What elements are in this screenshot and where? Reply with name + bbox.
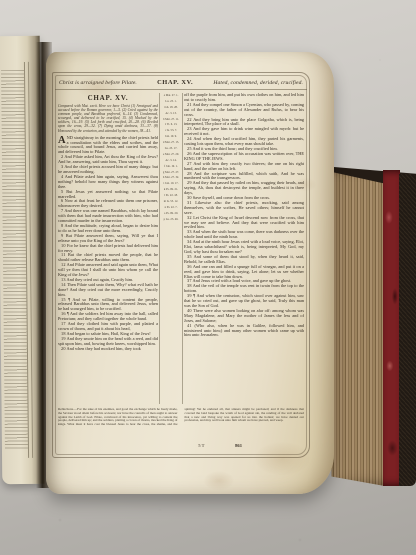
cross-reference: Ac. 3. 14. [161, 159, 181, 162]
cross-reference: i Joh. 19. 17. [161, 182, 181, 185]
cross-reference: b Mat. 27. 11. [161, 118, 181, 121]
verse: 31 Likewise also the chief priests, mock… [184, 201, 304, 216]
verse-text: And when the sixth hour was come, there … [184, 229, 304, 239]
verse-text: And some of them that stood by, when the… [184, 254, 304, 264]
verse: 32 Let Christ the King of Israel descend… [184, 216, 304, 231]
cross-reference: o Ps. 69. 20. [161, 212, 181, 215]
running-head: Christ is arraigned before Pilate. CHAP.… [59, 77, 303, 88]
verse-text: ¶ And when the centurion, which stood ov… [184, 293, 304, 308]
verse-text: And Pilate asked him again, saying, Answ… [58, 174, 158, 189]
verse-number: 20 [61, 346, 66, 351]
verse-1-text: ND straightway in the morning the chief … [58, 135, 158, 155]
center-reference-column: a Mat. 27. 1. Lu. 23. 1. Joh. 18. 28. Ac… [159, 93, 183, 404]
verse-text: ¶ And the soldiers led him away into the… [58, 311, 158, 321]
verse-text: There were also women looking on afar of… [184, 308, 304, 323]
cross-reference: n Ps. 22. 7. [161, 206, 181, 209]
running-head-right: Hated, condemned, derided, crucified. [213, 78, 303, 89]
verse: 39 ¶ And when the centurion, which stood… [184, 294, 304, 309]
cross-reference: Lu. 23. 17. [161, 147, 181, 150]
cross-reference: k Ps. 69. 21. [161, 188, 181, 191]
cross-reference: f Joh. 19. 1. [161, 165, 181, 168]
verse-text: And they that passed by railed on him, w… [184, 180, 304, 195]
verse-text: And they gave him to drink wine mingled … [184, 126, 304, 136]
verse-text: And they clothed him with purple, and pl… [58, 321, 158, 331]
verse: 20 And when they had mocked him, they to… [58, 347, 158, 352]
verse-text: And the scripture was fulfilled, which s… [184, 171, 304, 181]
verse-text: And Pilate answered and said again unto … [58, 262, 158, 277]
chapter-heading: CHAP. XV. [58, 94, 158, 102]
cross-reference: e Mat. 27. 20. [161, 153, 181, 156]
footnotes-block: Reflections.—For the sake of his enemies… [58, 408, 304, 442]
verse: 40 There were also women looking on afar… [184, 309, 304, 324]
verse-text: And one ran and filled a spunge full of … [184, 264, 304, 279]
verse-text: But the chief priests moved the people, … [58, 252, 158, 262]
verse-text: And the chief priests accused him of man… [58, 164, 158, 174]
bottom-marks: 5 T 861 [58, 443, 304, 452]
verse-text: For he knew that the chief priests had d… [58, 243, 158, 253]
verse-text: And the superscription of his accusation… [184, 151, 304, 161]
cross-reference: c Is. 53. 7. [161, 129, 181, 132]
verse-text: But Pilate answered them, saying, Will y… [58, 233, 158, 243]
verse-text: And when they had mocked him, they took [67, 346, 141, 351]
verse-text: And there was one named Barabbas, which … [58, 208, 158, 223]
verse: 29 And they that passed by railed on him… [184, 181, 304, 196]
cross-reference: d Mat. 27. 15. [161, 141, 181, 144]
photo-backdrop: Christ is arraigned before Pilate. CHAP.… [0, 0, 416, 555]
cross-reference: g Mat. 27. 27. [161, 171, 181, 174]
cross-reference: a Mat. 27. 1. [161, 94, 181, 97]
verse: 14 Then Pilate said unto them, Why? what… [58, 283, 158, 298]
running-head-rule [55, 89, 307, 90]
verse-text: Likewise also the chief priests, mocking… [184, 200, 304, 215]
verse: 15 ¶ And so Pilate, willing to content t… [58, 298, 158, 313]
text-columns: CHAP. XV. Compared with Mat. xxvii. Here… [58, 93, 304, 404]
cross-reference: h Mat. 27. 32. [161, 176, 181, 179]
running-head-chapter: CHAP. XV. [157, 77, 193, 88]
verse: 12 And Pilate answered and said again un… [58, 263, 158, 278]
cross-reference: m Is. 53. 12. [161, 200, 181, 203]
cross-reference: Lu. 23. 1. [161, 100, 181, 103]
left-column-verses: 2 And Pilate asked him, Art thou the Kin… [58, 155, 158, 351]
verse-text: And the multitude, crying aloud, began t… [58, 223, 158, 233]
verse-text: But Jesus yet answered nothing; so that … [58, 189, 158, 199]
right-text-column: off the purple from him, and put his own… [184, 93, 304, 404]
verse-text: And they compel one Simon a Cyrenian, wh… [184, 102, 304, 117]
verse-text: Let Christ the King of Israel descend no… [184, 215, 304, 230]
verse: 41 (Who also, when he was in Galilee, fo… [184, 324, 304, 339]
cross-reference: p Lu. 23. 46. [161, 218, 181, 221]
verse-text: And they bring him unto the place Golgot… [184, 117, 304, 127]
back-cover-edge [399, 174, 416, 486]
fore-edge-pages [328, 168, 386, 486]
cross-reference: Joh. 19. 9. [161, 135, 181, 138]
verse: 21 And they compel one Simon a Cyrenian,… [184, 103, 304, 118]
page-number: 861 [235, 443, 242, 448]
marbled-red-edge [383, 170, 400, 486]
left-text-column: CHAP. XV. Compared with Mat. xxvii. Here… [58, 93, 158, 404]
verse-1: AND straightway in the morning the chief… [58, 136, 158, 156]
verse: 36 And one ran and filled a spunge full … [184, 265, 304, 280]
cross-reference: l Ps. 22. 18. [161, 194, 181, 197]
signature-mark: 5 T [198, 443, 204, 448]
verse-text: Now at that feast he released unto them … [58, 198, 158, 208]
verse-text: And they smote him on the head with a re… [58, 336, 158, 346]
verse-text: And Pilate asked him, Art thou the King … [58, 154, 158, 164]
running-head-left: Christ is arraigned before Pilate. [59, 78, 137, 89]
verse: 7 And there was one named Barabbas, whic… [58, 209, 158, 224]
verse-text: And the veil of the temple was rent in t… [184, 283, 304, 293]
cross-reference: Ac. 3. 13. [161, 112, 181, 115]
verse-text: And with him they crucify two thieves; t… [184, 161, 304, 171]
cross-reference: Joh. 18. 28. [161, 106, 181, 109]
verse-text: And when they had crucified him, they pa… [184, 136, 304, 146]
verse-text: Then Pilate said unto them, Why? what ev… [58, 282, 158, 297]
bible-page: Christ is arraigned before Pilate. CHAP.… [46, 52, 334, 494]
verse: 34 And at the ninth hour Jesus cried wit… [184, 240, 304, 255]
chapter-summary: Compared with Mat. xxvii. Here we have C… [58, 104, 158, 133]
verse-text: (Who also, when he was in Galilee, follo… [184, 323, 304, 338]
verse-text: off the purple from him, and put his own… [184, 93, 304, 102]
verse: 4 And Pilate asked him again, saying, An… [58, 175, 158, 190]
cross-reference: 1 Ti. 6. 13. [161, 123, 181, 126]
verse-text: And at the ninth hour Jesus cried with a… [184, 239, 304, 254]
verse-text: ¶ And so Pilate, willing to content the … [58, 297, 158, 312]
